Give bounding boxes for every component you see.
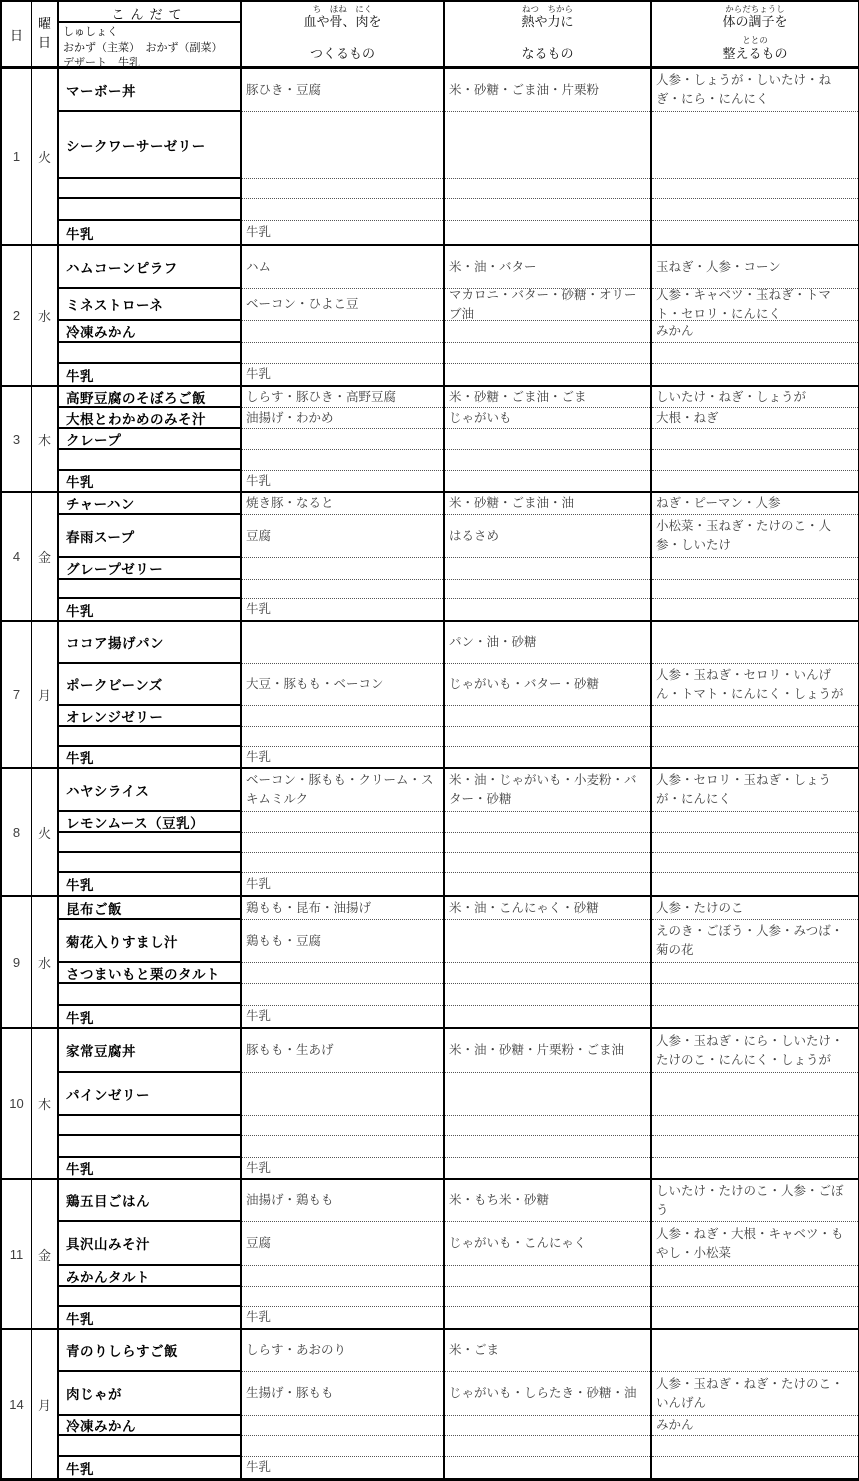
protein-ingredients-cell: しらす・豚ひき・高野豆腐 (242, 387, 443, 408)
energy-ingredients-cell (445, 706, 650, 727)
protein-ingredients-cell: しらす・あおのり (242, 1330, 443, 1372)
energy-column: 米・油・こんにゃく・砂糖 (445, 897, 652, 1027)
weekday-cell: 水 (32, 246, 59, 385)
protein-ingredients-cell (242, 1436, 443, 1457)
menu-item-cell: 肉じゃが (59, 1372, 240, 1416)
energy-ingredients-cell: パン・油・砂糖 (445, 622, 650, 664)
school-lunch-menu-table: 日 曜日 こんだて しゅしょく おかず（主菜） おかず（副菜） デザート 牛乳 … (0, 0, 859, 1481)
protein-ingredients-cell (242, 1287, 443, 1307)
menu-item-cell: シークワーサーゼリー (59, 112, 240, 179)
vitamin-ingredients-cell (652, 1116, 858, 1136)
energy-ingredients-cell (445, 221, 650, 244)
protein-ingredients-cell: 生揚げ・豚もも (242, 1372, 443, 1416)
vitamin-column: 人参・しょうが・しいたけ・ねぎ・にら・にんにく (652, 69, 858, 244)
protein-column: しらす・豚ひき・高野豆腐油揚げ・わかめ牛乳 (242, 387, 445, 491)
protein-ingredients-cell (242, 1416, 443, 1436)
energy-column: 米・砂糖・ごま油・ごまじゃがいも (445, 387, 652, 491)
energy-ingredients-cell: じゃがいも・バター・砂糖 (445, 664, 650, 706)
weekday-cell: 金 (32, 493, 59, 620)
menu-item-cell: 牛乳 (59, 1158, 240, 1178)
header-weekday-column: 曜日 (32, 2, 59, 66)
protein-ingredients-cell (242, 706, 443, 727)
menu-item-cell: さつまいもと栗のタルト (59, 963, 240, 984)
vitamin-ingredients-cell: 人参・キャベツ・玉ねぎ・トマト・セロリ・にんにく (652, 289, 858, 321)
energy-ingredients-cell (445, 112, 650, 179)
protein-ingredients-cell: 鶏もも・豆腐 (242, 920, 443, 963)
menu-item-cell: クレープ (59, 429, 240, 450)
protein-ingredients-cell (242, 622, 443, 664)
protein-ingredients-cell (242, 812, 443, 833)
energy-ingredients-cell (445, 833, 650, 853)
energy-ingredients-cell: 米・もち米・砂糖 (445, 1180, 650, 1222)
vitamin-column: 人参・たけのこえのき・ごぼう・人参・みつば・菊の花 (652, 897, 858, 1027)
header-vitamin-ruby2: ととの (742, 36, 768, 45)
day-number-cell: 7 (2, 622, 32, 767)
menu-item-cell: 昆布ご飯 (59, 897, 240, 920)
vitamin-ingredients-cell (652, 1330, 858, 1372)
menu-item-cell: 菊花入りすまし汁 (59, 920, 240, 963)
day-block: 1火マーボー丼シークワーサーゼリー牛乳豚ひき・豆腐牛乳米・砂糖・ごま油・片栗粉人… (2, 69, 858, 246)
vitamin-ingredients-cell (652, 1073, 858, 1116)
energy-ingredients-cell (445, 558, 650, 580)
energy-ingredients-cell: 米・砂糖・ごま油・片栗粉 (445, 69, 650, 112)
menu-item-cell (59, 343, 240, 364)
energy-ingredients-cell (445, 321, 650, 343)
vitamin-column: ねぎ・ピーマン・人参小松菜・玉ねぎ・たけのこ・人参・しいたけ (652, 493, 858, 620)
vitamin-ingredients-cell (652, 727, 858, 747)
vitamin-ingredients-cell (652, 221, 858, 244)
energy-ingredients-cell: 米・油・こんにゃく・砂糖 (445, 897, 650, 920)
energy-ingredients-cell: 米・砂糖・ごま油・ごま (445, 387, 650, 408)
vitamin-ingredients-cell (652, 812, 858, 833)
menu-item-cell: みかんタルト (59, 1266, 240, 1287)
energy-ingredients-cell (445, 920, 650, 963)
menu-item-cell: 牛乳 (59, 221, 240, 244)
header-protein-ruby: ち ほね にく (313, 5, 373, 14)
day-number-cell: 1 (2, 69, 32, 244)
weekday-cell: 水 (32, 897, 59, 1027)
energy-ingredients-cell (445, 1158, 650, 1178)
protein-ingredients-cell (242, 1266, 443, 1287)
protein-ingredients-cell (242, 1116, 443, 1136)
protein-ingredients-cell: 牛乳 (242, 1158, 443, 1178)
protein-column: ハムベーコン・ひよこ豆牛乳 (242, 246, 445, 385)
menu-item-cell (59, 1136, 240, 1158)
energy-ingredients-cell: 米・ごま (445, 1330, 650, 1372)
vitamin-column: しいたけ・ねぎ・しょうが大根・ねぎ (652, 387, 858, 491)
header-menu-title: こんだて (59, 2, 240, 23)
energy-ingredients-cell: マカロニ・バター・砂糖・オリーブ油 (445, 289, 650, 321)
energy-ingredients-cell: 米・油・バター (445, 246, 650, 289)
menu-item-cell (59, 984, 240, 1006)
energy-ingredients-cell (445, 1073, 650, 1116)
header-energy-ruby: ねつ ちから (522, 5, 573, 14)
header-vitamin-ruby: からだちょうし (725, 5, 785, 14)
energy-ingredients-cell (445, 429, 650, 450)
protein-ingredients-cell: ベーコン・ひよこ豆 (242, 289, 443, 321)
weekday-cell: 木 (32, 1029, 59, 1178)
energy-ingredients-cell (445, 1116, 650, 1136)
energy-ingredients-cell (445, 747, 650, 767)
menu-column: ココア揚げパンポークビーンズオレンジゼリー牛乳 (59, 622, 242, 767)
weekday-cell: 金 (32, 1180, 59, 1328)
protein-column: 焼き豚・なると豆腐牛乳 (242, 493, 445, 620)
menu-item-cell: 牛乳 (59, 364, 240, 385)
vitamin-ingredients-cell: みかん (652, 321, 858, 343)
protein-ingredients-cell: 大豆・豚もも・ベーコン (242, 664, 443, 706)
vitamin-ingredients-cell (652, 179, 858, 199)
protein-ingredients-cell (242, 112, 443, 179)
day-number-cell: 9 (2, 897, 32, 1027)
menu-item-cell: 冷凍みかん (59, 321, 240, 343)
menu-item-cell: 牛乳 (59, 471, 240, 491)
energy-ingredients-cell (445, 1006, 650, 1027)
vitamin-ingredients-cell (652, 450, 858, 471)
vitamin-ingredients-cell (652, 112, 858, 179)
protein-ingredients-cell: 油揚げ・鶏もも (242, 1180, 443, 1222)
header-menu-sub-okazu: おかず（主菜） おかず（副菜） (63, 41, 236, 57)
protein-ingredients-cell: 焼き豚・なると (242, 493, 443, 515)
protein-ingredients-cell: ハム (242, 246, 443, 289)
day-number-cell: 4 (2, 493, 32, 620)
energy-ingredients-cell: じゃがいも・しらたき・砂糖・油 (445, 1372, 650, 1416)
day-block: 8火ハヤシライスレモンムース（豆乳）牛乳ベーコン・豚もも・クリーム・スキムミルク… (2, 769, 858, 897)
energy-ingredients-cell (445, 343, 650, 364)
menu-item-cell: ミネストローネ (59, 289, 240, 321)
menu-item-cell (59, 199, 240, 221)
vitamin-ingredients-cell: 人参・ねぎ・大根・キャベツ・もやし・小松菜 (652, 1222, 858, 1266)
protein-column: 鶏もも・昆布・油揚げ鶏もも・豆腐牛乳 (242, 897, 445, 1027)
protein-column: 大豆・豚もも・ベーコン牛乳 (242, 622, 445, 767)
protein-ingredients-cell: 牛乳 (242, 873, 443, 895)
energy-ingredients-cell (445, 1266, 650, 1287)
menu-column: 高野豆腐のそぼろご飯大根とわかめのみそ汁クレープ牛乳 (59, 387, 242, 491)
vitamin-ingredients-cell: 人参・セロリ・玉ねぎ・しょうが・にんにく (652, 769, 858, 812)
day-block: 14月青のりしらすご飯肉じゃが冷凍みかん牛乳しらす・あおのり生揚げ・豚もも牛乳米… (2, 1330, 858, 1478)
menu-item-cell: 牛乳 (59, 1006, 240, 1027)
vitamin-ingredients-cell (652, 963, 858, 984)
energy-ingredients-cell (445, 873, 650, 895)
vitamin-ingredients-cell (652, 599, 858, 620)
energy-ingredients-cell (445, 364, 650, 385)
vitamin-ingredients-cell (652, 984, 858, 1006)
menu-item-cell: ハムコーンピラフ (59, 246, 240, 289)
header-energy-column: ねつ ちから 熱や力に なるもの (445, 2, 652, 66)
energy-ingredients-cell (445, 580, 650, 599)
protein-ingredients-cell (242, 179, 443, 199)
energy-ingredients-cell: 米・油・じゃがいも・小麦粉・バター・砂糖 (445, 769, 650, 812)
energy-column: パン・油・砂糖じゃがいも・バター・砂糖 (445, 622, 652, 767)
energy-column: 米・砂糖・ごま油・油はるさめ (445, 493, 652, 620)
vitamin-ingredients-cell: 人参・玉ねぎ・ねぎ・たけのこ・いんげん (652, 1372, 858, 1416)
vitamin-ingredients-cell (652, 622, 858, 664)
energy-ingredients-cell (445, 1287, 650, 1307)
vitamin-ingredients-cell: 人参・玉ねぎ・にら・しいたけ・たけのこ・にんにく・しょうが (652, 1029, 858, 1073)
vitamin-ingredients-cell: 人参・たけのこ (652, 897, 858, 920)
menu-item-cell (59, 450, 240, 471)
menu-item-cell: チャーハン (59, 493, 240, 515)
protein-ingredients-cell (242, 984, 443, 1006)
protein-ingredients-cell: 豚ひき・豆腐 (242, 69, 443, 112)
menu-item-cell: オレンジゼリー (59, 706, 240, 727)
energy-ingredients-cell (445, 1136, 650, 1158)
day-number-cell: 8 (2, 769, 32, 895)
protein-ingredients-cell (242, 833, 443, 853)
vitamin-ingredients-cell (652, 429, 858, 450)
protein-ingredients-cell (242, 727, 443, 747)
day-block: 3木高野豆腐のそぼろご飯大根とわかめのみそ汁クレープ牛乳しらす・豚ひき・高野豆腐… (2, 387, 858, 493)
menu-item-cell (59, 833, 240, 853)
day-block: 7月ココア揚げパンポークビーンズオレンジゼリー牛乳大豆・豚もも・ベーコン牛乳パン… (2, 622, 858, 769)
energy-column: 米・油・砂糖・片栗粉・ごま油 (445, 1029, 652, 1178)
energy-ingredients-cell (445, 1307, 650, 1328)
vitamin-ingredients-cell: 人参・玉ねぎ・セロリ・いんげん・トマト・にんにく・しょうが (652, 664, 858, 706)
vitamin-column: 人参・セロリ・玉ねぎ・しょうが・にんにく (652, 769, 858, 895)
energy-ingredients-cell: 米・油・砂糖・片栗粉・ごま油 (445, 1029, 650, 1073)
menu-item-cell: レモンムース（豆乳） (59, 812, 240, 833)
day-block: 11金鶏五目ごはん具沢山みそ汁みかんタルト牛乳油揚げ・鶏もも豆腐牛乳米・もち米・… (2, 1180, 858, 1330)
vitamin-ingredients-cell (652, 706, 858, 727)
vitamin-ingredients-cell (652, 853, 858, 873)
day-block: 10木家常豆腐丼パインゼリー牛乳豚もも・生あげ牛乳米・油・砂糖・片栗粉・ごま油人… (2, 1029, 858, 1180)
vitamin-ingredients-cell: しいたけ・たけのこ・人参・ごぼう (652, 1180, 858, 1222)
protein-ingredients-cell: 牛乳 (242, 599, 443, 620)
menu-item-cell: 大根とわかめのみそ汁 (59, 408, 240, 429)
day-block: 4金チャーハン春雨スープグレープゼリー牛乳焼き豚・なると豆腐牛乳米・砂糖・ごま油… (2, 493, 858, 622)
energy-ingredients-cell (445, 853, 650, 873)
vitamin-column: 人参・玉ねぎ・セロリ・いんげん・トマト・にんにく・しょうが (652, 622, 858, 767)
menu-column: マーボー丼シークワーサーゼリー牛乳 (59, 69, 242, 244)
protein-ingredients-cell (242, 450, 443, 471)
vitamin-ingredients-cell (652, 747, 858, 767)
day-number-cell: 3 (2, 387, 32, 491)
header-protein-line1: 血や骨、肉を (303, 14, 381, 30)
day-number-cell: 11 (2, 1180, 32, 1328)
menu-item-cell: ココア揚げパン (59, 622, 240, 664)
vitamin-ingredients-cell: 小松菜・玉ねぎ・たけのこ・人参・しいたけ (652, 515, 858, 558)
menu-column: 昆布ご飯菊花入りすまし汁さつまいもと栗のタルト牛乳 (59, 897, 242, 1027)
energy-ingredients-cell (445, 1416, 650, 1436)
protein-ingredients-cell: 牛乳 (242, 471, 443, 491)
vitamin-ingredients-cell (652, 1436, 858, 1457)
menu-item-cell (59, 179, 240, 199)
vitamin-ingredients-cell (652, 364, 858, 385)
day-block: 2水ハムコーンピラフミネストローネ冷凍みかん牛乳ハムベーコン・ひよこ豆牛乳米・油… (2, 246, 858, 387)
energy-column: 米・油・バターマカロニ・バター・砂糖・オリーブ油 (445, 246, 652, 385)
protein-ingredients-cell (242, 963, 443, 984)
menu-item-cell: 牛乳 (59, 1457, 240, 1478)
protein-ingredients-cell: 豚もも・生あげ (242, 1029, 443, 1073)
vitamin-ingredients-cell: 玉ねぎ・人参・コーン (652, 246, 858, 289)
vitamin-ingredients-cell (652, 833, 858, 853)
vitamin-ingredients-cell: しいたけ・ねぎ・しょうが (652, 387, 858, 408)
protein-ingredients-cell (242, 321, 443, 343)
menu-item-cell: 具沢山みそ汁 (59, 1222, 240, 1266)
energy-ingredients-cell (445, 471, 650, 491)
protein-column: 油揚げ・鶏もも豆腐牛乳 (242, 1180, 445, 1328)
energy-ingredients-cell (445, 984, 650, 1006)
energy-ingredients-cell: 米・砂糖・ごま油・油 (445, 493, 650, 515)
protein-column: ベーコン・豚もも・クリーム・スキムミルク牛乳 (242, 769, 445, 895)
protein-ingredients-cell: 牛乳 (242, 747, 443, 767)
protein-ingredients-cell (242, 429, 443, 450)
protein-ingredients-cell: 牛乳 (242, 364, 443, 385)
menu-item-cell (59, 727, 240, 747)
vitamin-ingredients-cell (652, 199, 858, 221)
energy-ingredients-cell (445, 1436, 650, 1457)
protein-ingredients-cell (242, 343, 443, 364)
header-vitamin-line1: 体の調子を (722, 14, 787, 30)
energy-ingredients-cell (445, 179, 650, 199)
vitamin-ingredients-cell (652, 1457, 858, 1478)
energy-column: 米・もち米・砂糖じゃがいも・こんにゃく (445, 1180, 652, 1328)
header-day-label: 日 (10, 25, 23, 44)
vitamin-ingredients-cell: 大根・ねぎ (652, 408, 858, 429)
day-number-cell: 10 (2, 1029, 32, 1178)
menu-column: 鶏五目ごはん具沢山みそ汁みかんタルト牛乳 (59, 1180, 242, 1328)
menu-item-cell: 青のりしらすご飯 (59, 1330, 240, 1372)
menu-column: 青のりしらすご飯肉じゃが冷凍みかん牛乳 (59, 1330, 242, 1478)
menu-item-cell: マーボー丼 (59, 69, 240, 112)
protein-ingredients-cell: 豆腐 (242, 1222, 443, 1266)
menu-item-cell: ポークビーンズ (59, 664, 240, 706)
protein-ingredients-cell: 豆腐 (242, 515, 443, 558)
energy-ingredients-cell (445, 963, 650, 984)
vitamin-ingredients-cell: みかん (652, 1416, 858, 1436)
protein-ingredients-cell (242, 1073, 443, 1116)
energy-column: 米・油・じゃがいも・小麦粉・バター・砂糖 (445, 769, 652, 895)
header-menu-sub-staple: しゅしょく (63, 25, 236, 41)
energy-ingredients-cell (445, 599, 650, 620)
vitamin-column: 人参・玉ねぎ・ねぎ・たけのこ・いんげんみかん (652, 1330, 858, 1478)
header-energy-line1: 熱や力に (521, 14, 573, 30)
vitamin-ingredients-cell (652, 1307, 858, 1328)
vitamin-ingredients-cell: えのき・ごぼう・人参・みつば・菊の花 (652, 920, 858, 963)
protein-ingredients-cell (242, 558, 443, 580)
menu-item-cell: 鶏五目ごはん (59, 1180, 240, 1222)
day-block: 9水昆布ご飯菊花入りすまし汁さつまいもと栗のタルト牛乳鶏もも・昆布・油揚げ鶏もも… (2, 897, 858, 1029)
header-day-column: 日 (2, 2, 32, 66)
menu-item-cell (59, 1116, 240, 1136)
menu-item-cell (59, 580, 240, 599)
vitamin-ingredients-cell: ねぎ・ピーマン・人参 (652, 493, 858, 515)
protein-ingredients-cell (242, 1136, 443, 1158)
protein-ingredients-cell (242, 199, 443, 221)
weekday-cell: 火 (32, 769, 59, 895)
energy-ingredients-cell (445, 450, 650, 471)
energy-ingredients-cell: じゃがいも (445, 408, 650, 429)
table-header: 日 曜日 こんだて しゅしょく おかず（主菜） おかず（副菜） デザート 牛乳 … (2, 2, 858, 69)
menu-item-cell: 家常豆腐丼 (59, 1029, 240, 1073)
menu-item-cell: 冷凍みかん (59, 1416, 240, 1436)
weekday-cell: 火 (32, 69, 59, 244)
protein-ingredients-cell (242, 853, 443, 873)
menu-item-cell: 牛乳 (59, 599, 240, 620)
protein-ingredients-cell: 牛乳 (242, 221, 443, 244)
protein-ingredients-cell: 鶏もも・昆布・油揚げ (242, 897, 443, 920)
day-number-cell: 14 (2, 1330, 32, 1478)
menu-item-cell: パインゼリー (59, 1073, 240, 1116)
energy-ingredients-cell: じゃがいも・こんにゃく (445, 1222, 650, 1266)
menu-column: 家常豆腐丼パインゼリー牛乳 (59, 1029, 242, 1178)
protein-column: しらす・あおのり生揚げ・豚もも牛乳 (242, 1330, 445, 1478)
protein-ingredients-cell: 牛乳 (242, 1307, 443, 1328)
energy-column: 米・ごまじゃがいも・しらたき・砂糖・油 (445, 1330, 652, 1478)
vitamin-ingredients-cell (652, 471, 858, 491)
header-vitamin-line2: 整えるもの (722, 46, 787, 62)
menu-item-cell: 高野豆腐のそぼろご飯 (59, 387, 240, 408)
energy-ingredients-cell: はるさめ (445, 515, 650, 558)
energy-ingredients-cell (445, 1457, 650, 1478)
menu-item-cell (59, 853, 240, 873)
vitamin-ingredients-cell (652, 1287, 858, 1307)
vitamin-ingredients-cell (652, 873, 858, 895)
header-weekday-label: 曜日 (37, 15, 52, 53)
vitamin-column: 玉ねぎ・人参・コーン人参・キャベツ・玉ねぎ・トマト・セロリ・にんにくみかん (652, 246, 858, 385)
header-menu-subcategories: しゅしょく おかず（主菜） おかず（副菜） デザート 牛乳 (59, 23, 240, 74)
vitamin-ingredients-cell (652, 343, 858, 364)
menu-item-cell: 牛乳 (59, 1307, 240, 1328)
menu-item-cell: 春雨スープ (59, 515, 240, 558)
weekday-cell: 木 (32, 387, 59, 491)
day-number-cell: 2 (2, 246, 32, 385)
menu-item-cell (59, 1287, 240, 1307)
menu-column: ハムコーンピラフミネストローネ冷凍みかん牛乳 (59, 246, 242, 385)
vitamin-ingredients-cell: 人参・しょうが・しいたけ・ねぎ・にら・にんにく (652, 69, 858, 112)
menu-item-cell: グレープゼリー (59, 558, 240, 580)
energy-column: 米・砂糖・ごま油・片栗粉 (445, 69, 652, 244)
menu-column: チャーハン春雨スープグレープゼリー牛乳 (59, 493, 242, 620)
protein-ingredients-cell: 牛乳 (242, 1457, 443, 1478)
menu-column: ハヤシライスレモンムース（豆乳）牛乳 (59, 769, 242, 895)
vitamin-column: しいたけ・たけのこ・人参・ごぼう人参・ねぎ・大根・キャベツ・もやし・小松菜 (652, 1180, 858, 1328)
weekday-cell: 月 (32, 622, 59, 767)
energy-ingredients-cell (445, 199, 650, 221)
menu-item-cell: ハヤシライス (59, 769, 240, 812)
weekday-cell: 月 (32, 1330, 59, 1478)
protein-column: 豚ひき・豆腐牛乳 (242, 69, 445, 244)
header-menu-column: こんだて しゅしょく おかず（主菜） おかず（副菜） デザート 牛乳 (59, 2, 242, 66)
menu-item-cell (59, 1436, 240, 1457)
vitamin-column: 人参・玉ねぎ・にら・しいたけ・たけのこ・にんにく・しょうが (652, 1029, 858, 1178)
menu-item-cell: 牛乳 (59, 747, 240, 767)
protein-ingredients-cell: 油揚げ・わかめ (242, 408, 443, 429)
vitamin-ingredients-cell (652, 1266, 858, 1287)
menu-item-cell: 牛乳 (59, 873, 240, 895)
vitamin-ingredients-cell (652, 1136, 858, 1158)
vitamin-ingredients-cell (652, 1006, 858, 1027)
protein-column: 豚もも・生あげ牛乳 (242, 1029, 445, 1178)
protein-ingredients-cell: ベーコン・豚もも・クリーム・スキムミルク (242, 769, 443, 812)
header-energy-line2: なるもの (521, 46, 573, 62)
protein-ingredients-cell: 牛乳 (242, 1006, 443, 1027)
protein-ingredients-cell (242, 580, 443, 599)
header-protein-line2: つくるもの (310, 46, 375, 62)
energy-ingredients-cell (445, 812, 650, 833)
vitamin-ingredients-cell (652, 1158, 858, 1178)
vitamin-ingredients-cell (652, 580, 858, 599)
header-protein-column: ち ほね にく 血や骨、肉を つくるもの (242, 2, 445, 66)
day-blocks-container: 1火マーボー丼シークワーサーゼリー牛乳豚ひき・豆腐牛乳米・砂糖・ごま油・片栗粉人… (2, 69, 858, 1478)
energy-ingredients-cell (445, 727, 650, 747)
vitamin-ingredients-cell (652, 558, 858, 580)
header-vitamin-column: からだちょうし 体の調子を ととの 整えるもの (652, 2, 858, 66)
